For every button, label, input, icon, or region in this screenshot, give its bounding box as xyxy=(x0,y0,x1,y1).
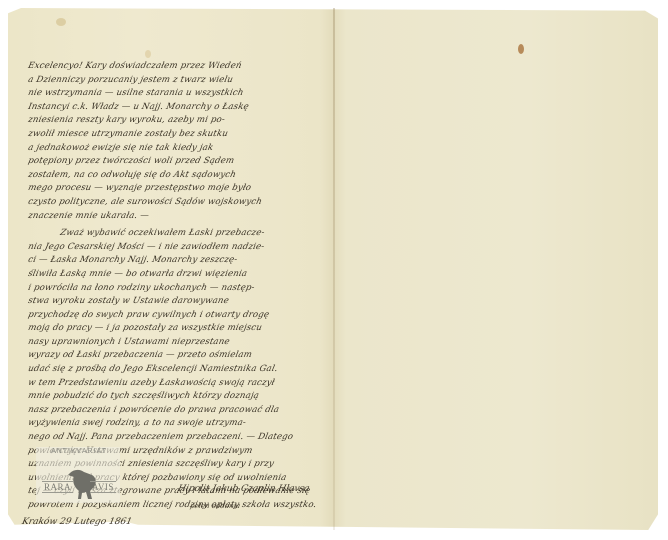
text-line: śliwiła Łaską mnie — bo otwarła drzwi wi… xyxy=(27,268,330,282)
text-line: ci — Łaska Monarchy Najj. Monarchy zeszc… xyxy=(27,254,330,268)
text-line: nie wstrzymania — usilne starania u wszy… xyxy=(27,87,330,101)
text-line: nasz przebaczenia i powrócenie do prawa … xyxy=(27,404,330,418)
text-line: a Dzienniczy porzucaniy jestem z twarz w… xyxy=(27,74,330,88)
signature: Hipolit Jakub Czaplin Hlavsa xyxy=(177,484,310,494)
text-line: przychodzę do swych praw cywilnych i otw… xyxy=(27,309,330,323)
letter-left-page: Excelencyo! Kary doświadczałem przez Wie… xyxy=(28,60,328,513)
text-line: udać się z prośbą do Jego Ekscelencji Na… xyxy=(27,363,330,377)
text-line: moją do pracy — i ja pozostały za wszyst… xyxy=(27,322,330,336)
text-line: stwa wyroku zostały w Ustawie darowywane xyxy=(27,295,330,309)
watermark-arc-text: ANTIKVARIAT xyxy=(42,448,116,462)
text-line: nasy uprawnionych i Ustawami nieprzestan… xyxy=(27,336,330,350)
stain-top-right xyxy=(518,44,524,54)
text-line: a jednakowoż ewizje się nie tak kiedy ja… xyxy=(27,142,330,156)
text-line: potępiony przez twórczości woli przed Są… xyxy=(27,155,330,169)
rara-avis-watermark: ANTIKVARIAT RARA AVIS xyxy=(36,447,120,503)
text-line: zniesienia reszty kary wyroku, azeby mi … xyxy=(27,114,330,128)
text-line: i powróciła na łono rodziny ukochanych —… xyxy=(27,282,330,296)
text-line: nego od Najj. Pana przebaczeniem przebac… xyxy=(27,431,330,445)
watermark-rara: RARA xyxy=(42,481,73,493)
text-line: czysto polityczne, ale surowości Sądów w… xyxy=(27,196,330,210)
text-line: w tem Przedstawieniu azeby Łaskawością s… xyxy=(27,377,330,391)
text-line: mego procesu — wyznaje przestępstwo moje… xyxy=(27,182,330,196)
text-line: Instancyi c.k. Władz — u Najj. Monarchy … xyxy=(27,101,330,115)
text-line: wyrazy od Łaski przebaczenia — przeto oś… xyxy=(27,349,330,363)
signature-subtitle: pełen oddania xyxy=(189,502,241,510)
text-line: mnie pobudzić do tych szczęśliwych którz… xyxy=(27,390,330,404)
text-line: Excelencyo! Kary doświadczałem przez Wie… xyxy=(27,60,330,74)
stain-top-left xyxy=(56,18,66,26)
center-fold xyxy=(333,8,335,530)
text-line: nia Jego Cesarskiej Mości — i nie zawiod… xyxy=(27,241,330,255)
stain-near-fold xyxy=(145,50,151,58)
text-line: znaczenie mnie ukarała. — xyxy=(27,210,330,224)
watermark-avis: AVIS xyxy=(90,481,116,493)
paragraph-1: Excelencyo! Kary doświadczałem przez Wie… xyxy=(28,60,328,223)
place-date: Kraków 29 Lutego 1861 xyxy=(21,517,133,527)
text-line: zwolił miesce utrzymanie zostały bez sku… xyxy=(27,128,330,142)
text-line: Zważ wybawić oczekiwałem Łaski przebacze… xyxy=(27,227,330,241)
text-line: zostałem, na co odwołuję się do Akt sądo… xyxy=(27,169,330,183)
text-line: wyżywienia swej rodziny, a to na swoje u… xyxy=(27,417,330,431)
